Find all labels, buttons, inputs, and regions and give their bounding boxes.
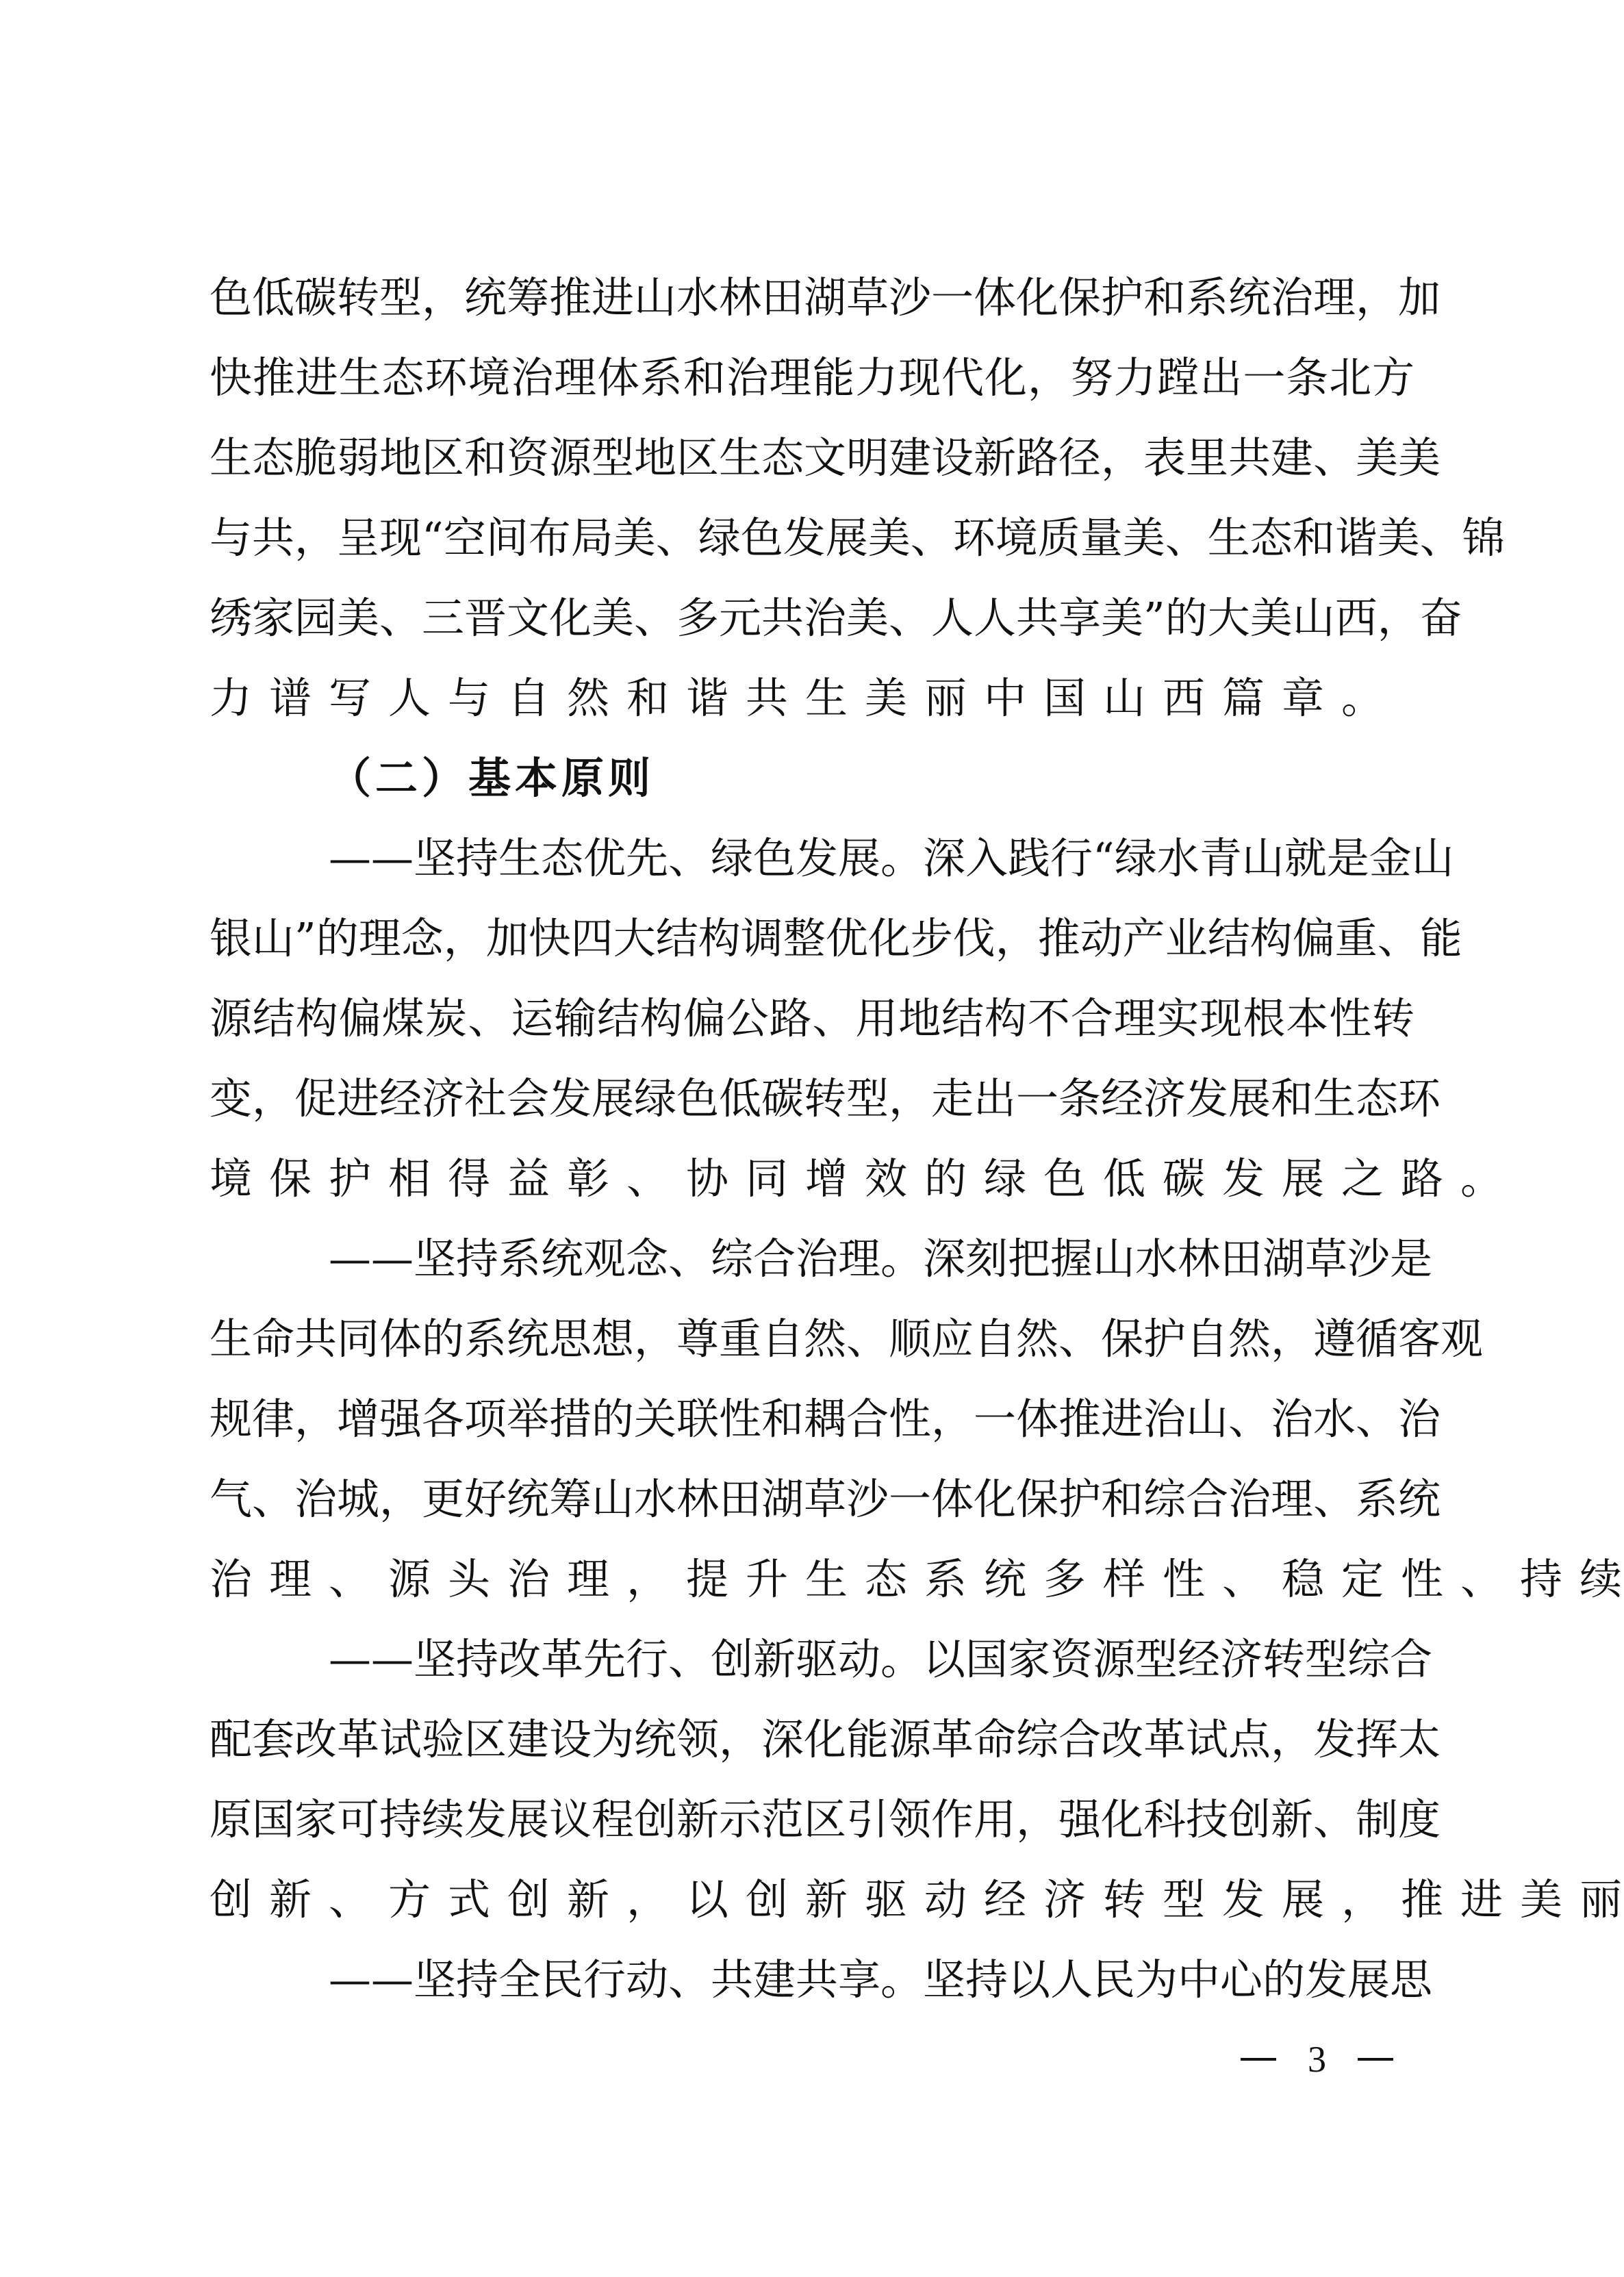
text-line: 绣家园美、三晋文化美、多元共治美、人人共享美”的大美山西，奋 [210, 591, 1414, 672]
document-page: 色低碳转型，统筹推进山水林田湖草沙一体化保护和系统治理，加 快推进生态环境治理体… [0, 0, 1624, 2277]
text-line: 变，促进经济社会发展绿色低碳转型，走出一条经济发展和生态环 [210, 1072, 1414, 1152]
dash-right [1358, 2058, 1393, 2061]
text-line: 快推进生态环境治理体系和治理能力现代化，努力蹚出一条北方 [210, 351, 1414, 431]
text-line: 境保护相得益彰、协同增效的绿色低碳发展之路。 [210, 1152, 1414, 1232]
text-line: 气、治城，更好统筹山水林田湖草沙一体化保护和综合治理、系统 [210, 1473, 1414, 1553]
text-line: 力谱写人与自然和谐共生美丽中国山西篇章。 [210, 672, 1414, 752]
text-line: 创新、方式创新，以创新驱动经济转型发展，推进美丽山西建设。 [210, 1873, 1414, 1953]
text-line: 银山”的理念，加快四大结构调整优化步伐，推动产业结构偏重、能 [210, 912, 1414, 992]
principle-line: ——坚持全民行动、共建共享。坚持以人民为中心的发展思 [210, 1953, 1414, 2033]
text-line: 原国家可持续发展议程创新示范区引领作用，强化科技创新、制度 [210, 1793, 1414, 1873]
body-text: 色低碳转型，统筹推进山水林田湖草沙一体化保护和系统治理，加 快推进生态环境治理体… [210, 271, 1414, 2033]
page-number-value: 3 [1308, 2038, 1326, 2081]
page-number: 3 [1241, 2039, 1393, 2080]
principle-line: ——坚持改革先行、创新驱动。以国家资源型经济转型综合 [210, 1633, 1414, 1713]
text-line: 配套改革试验区建设为统领，深化能源革命综合改革试点，发挥太 [210, 1713, 1414, 1793]
text-line: 生命共同体的系统思想，尊重自然、顺应自然、保护自然，遵循客观 [210, 1312, 1414, 1392]
text-line: 规律，增强各项举措的关联性和耦合性，一体推进治山、治水、治 [210, 1392, 1414, 1473]
dash-left [1241, 2058, 1276, 2061]
text-line: 与共，呈现“空间布局美、绿色发展美、环境质量美、生态和谐美、锦 [210, 511, 1414, 591]
section-heading: （二）基本原则 [210, 752, 1414, 832]
text-line: 生态脆弱地区和资源型地区生态文明建设新路径，表里共建、美美 [210, 431, 1414, 511]
text-line: 源结构偏煤炭、运输结构偏公路、用地结构不合理实现根本性转 [210, 992, 1414, 1072]
principle-line: ——坚持系统观念、综合治理。深刻把握山水林田湖草沙是 [210, 1232, 1414, 1312]
text-line: 色低碳转型，统筹推进山水林田湖草沙一体化保护和系统治理，加 [210, 271, 1414, 351]
principle-line: ——坚持生态优先、绿色发展。深入践行“绿水青山就是金山 [210, 832, 1414, 912]
text-line: 治理、源头治理，提升生态系统多样性、稳定性、持续性。 [210, 1553, 1414, 1633]
